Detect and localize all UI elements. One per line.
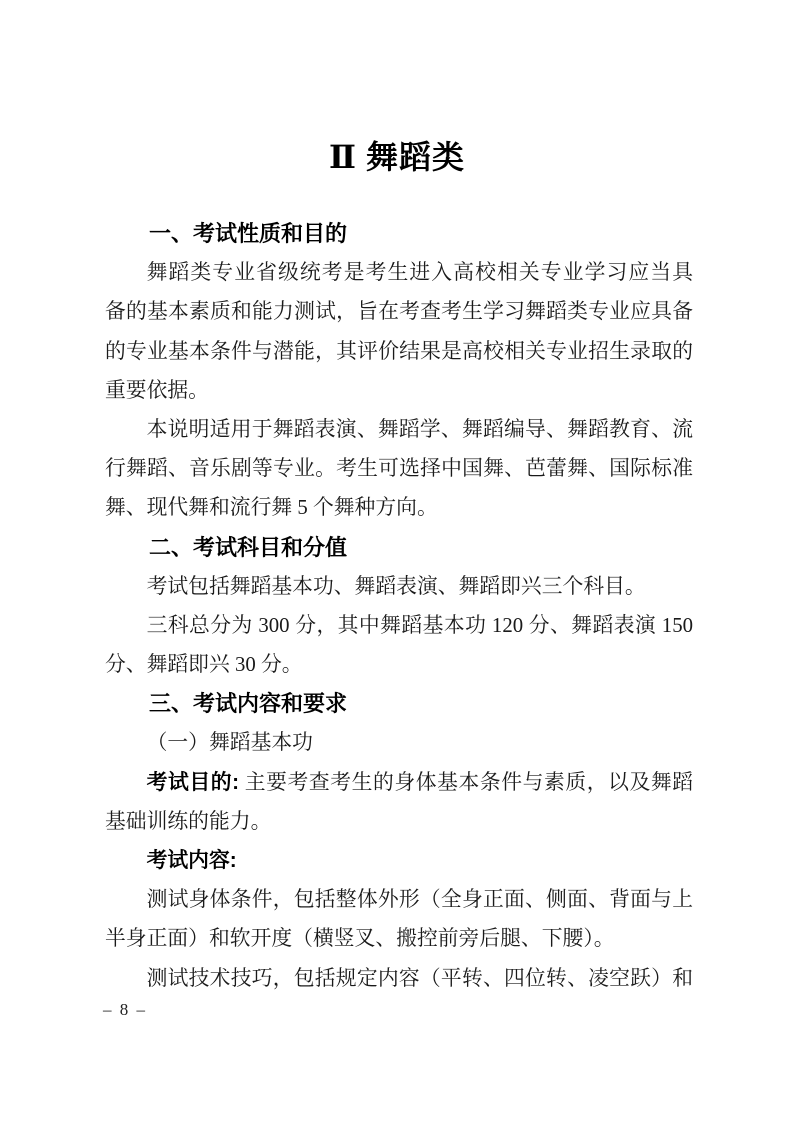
- exam-purpose-line-2: 基础训练的能力。: [105, 802, 693, 841]
- paragraph-3-line-1: 考试包括舞蹈基本功、舞蹈表演、舞蹈即兴三个科目。: [105, 567, 693, 606]
- paragraph-5-line-2: 半身正面）和软开度（横竖叉、搬控前旁后腿、下腰）。: [105, 919, 693, 958]
- exam-purpose-text: 主要考查考生的身体基本条件与素质，以及舞蹈: [239, 771, 693, 794]
- paragraph-6-line-1: 测试技术技巧，包括规定内容（平转、四位转、凌空跃）和: [105, 959, 693, 998]
- page-number: – 8 –: [103, 999, 147, 1021]
- exam-content-label-line: 考试内容:: [105, 841, 693, 880]
- paragraph-1-line-4: 重要依据。: [105, 371, 693, 410]
- paragraph-1-line-2: 备的基本素质和能力测试，旨在考查考生学习舞蹈类专业应具备: [105, 292, 693, 331]
- section-1-heading: 一、考试性质和目的: [105, 214, 693, 253]
- section-2-heading: 二、考试科目和分值: [105, 528, 693, 567]
- paragraph-4-line-2: 分、舞蹈即兴 30 分。: [105, 645, 693, 684]
- document-title: Ⅱ 舞蹈类: [0, 136, 794, 178]
- paragraph-2-line-1: 本说明适用于舞蹈表演、舞蹈学、舞蹈编导、舞蹈教育、流: [105, 410, 693, 449]
- subsection-1-heading: （一）舞蹈基本功: [105, 723, 693, 762]
- exam-purpose-line-1: 考试目的: 主要考查考生的身体基本条件与素质，以及舞蹈: [105, 763, 693, 802]
- document-page: Ⅱ 舞蹈类 一、考试性质和目的 舞蹈类专业省级统考是考生进入高校相关专业学习应当…: [0, 0, 794, 1123]
- paragraph-2-line-2: 行舞蹈、音乐剧等专业。考生可选择中国舞、芭蕾舞、国际标准: [105, 449, 693, 488]
- paragraph-5-line-1: 测试身体条件，包括整体外形（全身正面、侧面、背面与上: [105, 880, 693, 919]
- section-3-heading: 三、考试内容和要求: [105, 684, 693, 723]
- paragraph-1-line-1: 舞蹈类专业省级统考是考生进入高校相关专业学习应当具: [105, 253, 693, 292]
- paragraph-2-line-3: 舞、现代舞和流行舞 5 个舞种方向。: [105, 488, 693, 527]
- exam-content-label: 考试内容:: [147, 849, 237, 872]
- paragraph-1-line-3: 的专业基本条件与潜能，其评价结果是高校相关专业招生录取的: [105, 332, 693, 371]
- document-body: 一、考试性质和目的 舞蹈类专业省级统考是考生进入高校相关专业学习应当具 备的基本…: [105, 214, 693, 998]
- paragraph-4-line-1: 三科总分为 300 分，其中舞蹈基本功 120 分、舞蹈表演 150: [105, 606, 693, 645]
- exam-purpose-label: 考试目的:: [147, 771, 239, 794]
